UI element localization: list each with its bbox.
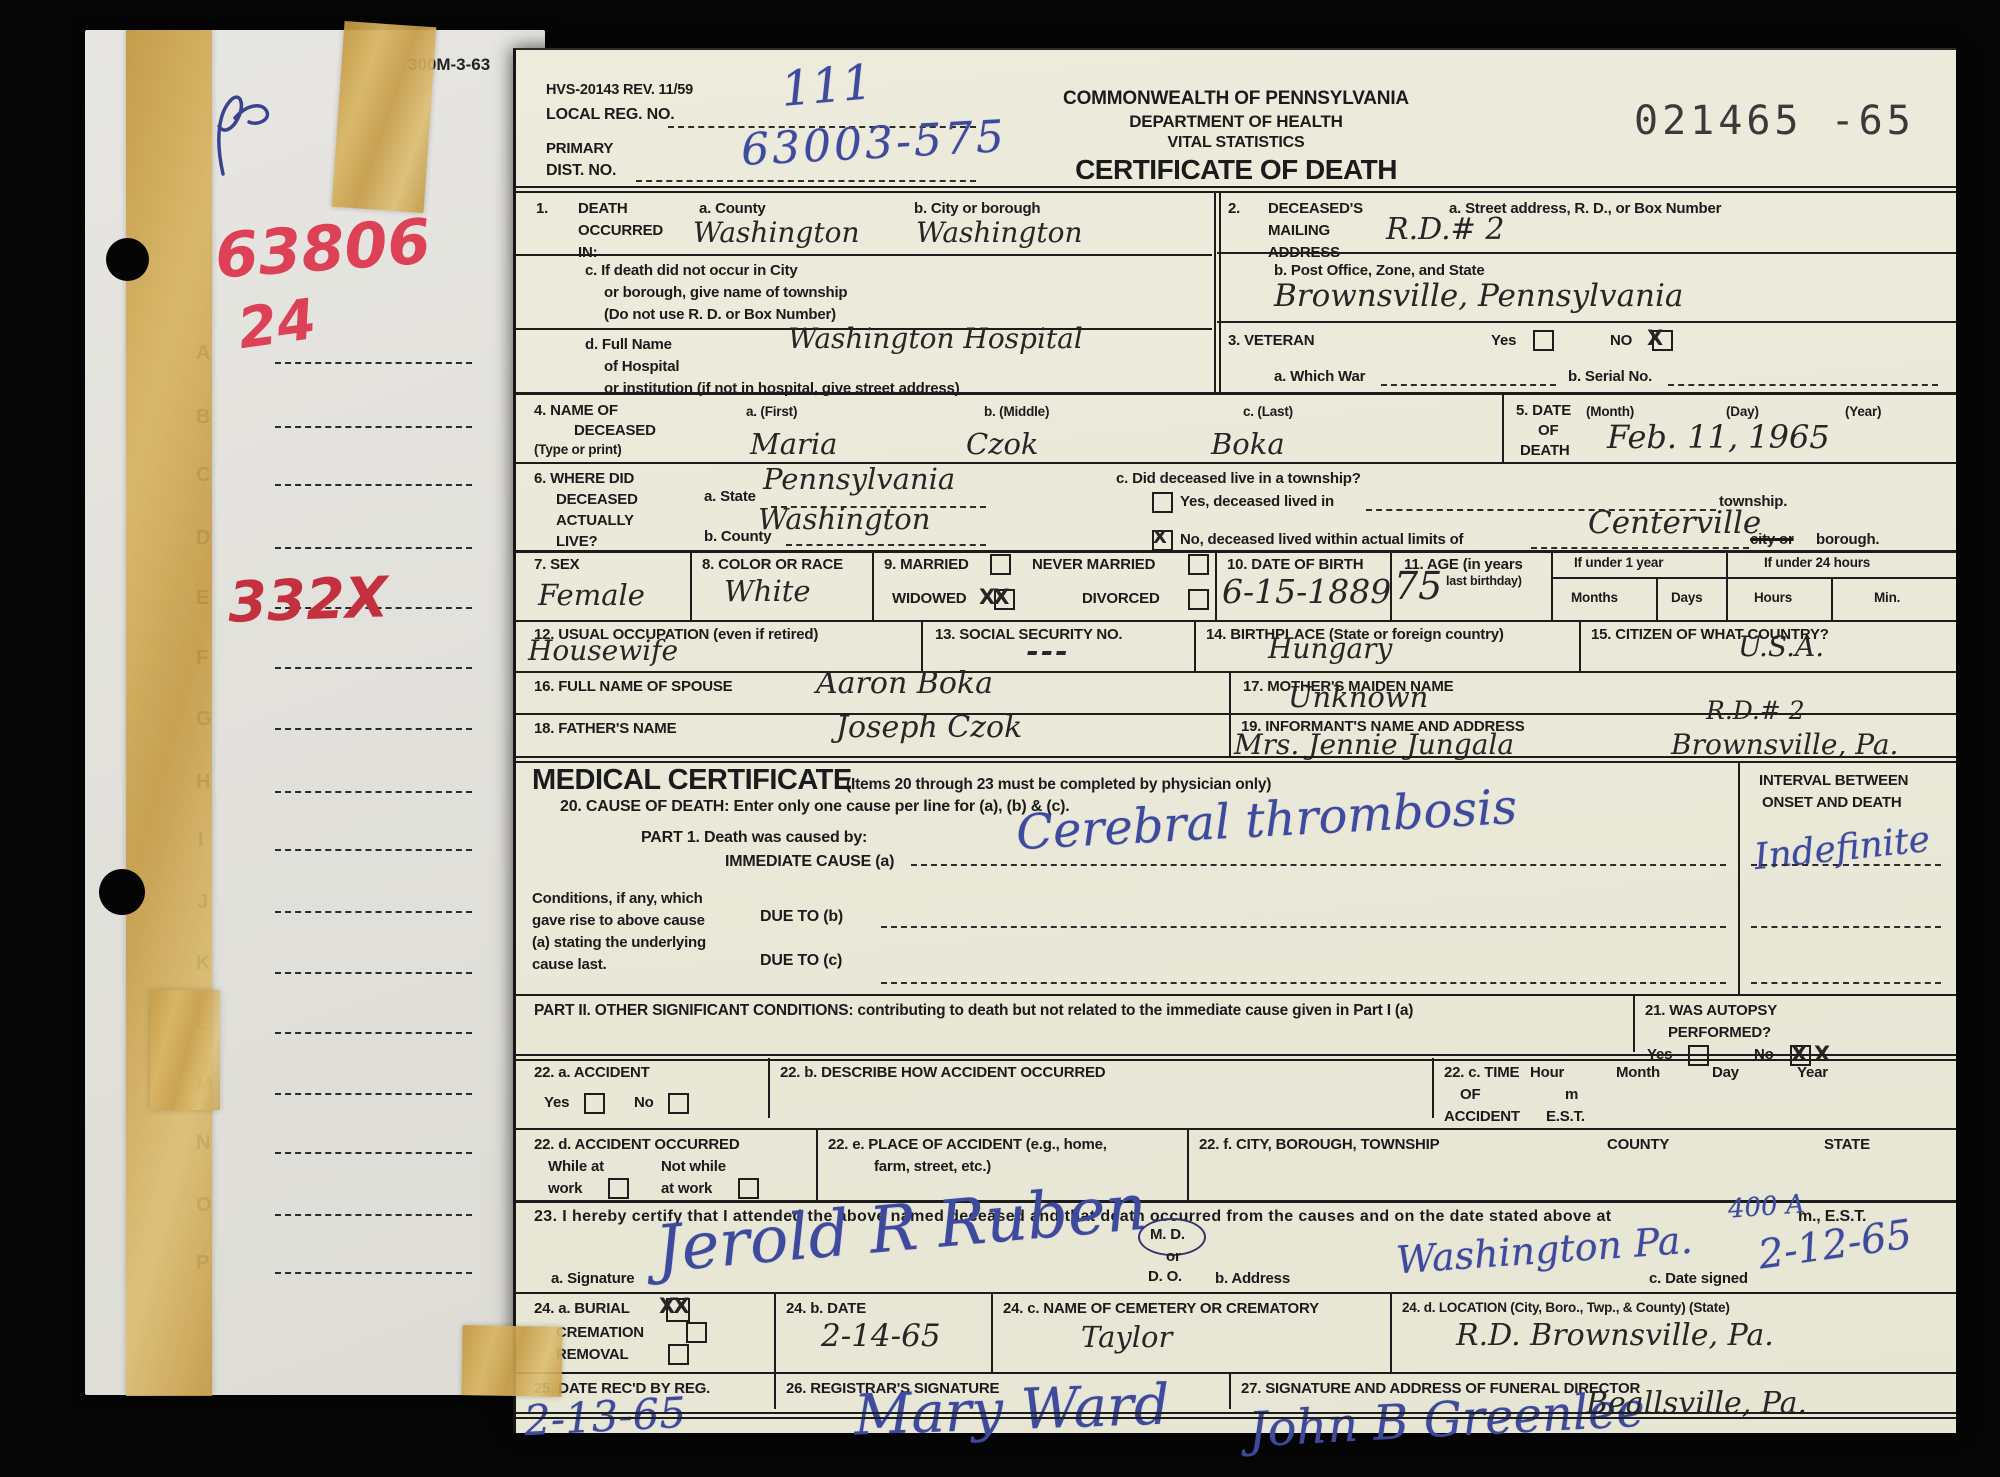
hole-punch <box>99 869 145 915</box>
s3-war-label: a. Which War <box>1274 368 1365 385</box>
while-at-work-checkbox <box>608 1178 629 1199</box>
divider <box>1432 1058 1434 1118</box>
margin-rule <box>275 849 472 851</box>
s2-num: 2. <box>1228 200 1240 217</box>
scanned-death-certificate: 300M-3-63 A B C D E F G H I J K L M N O … <box>0 0 2000 1477</box>
s4c-label: c. (Last) <box>1243 404 1293 419</box>
s22a-yes-label: Yes <box>544 1094 569 1111</box>
divider <box>1214 192 1221 392</box>
s9-married-label: 9. MARRIED <box>884 556 969 573</box>
s23-md-label: M. D. <box>1150 1226 1185 1243</box>
physician-signature: Jerold R Ruben <box>653 1171 1150 1288</box>
commonwealth-title: COMMONWEALTH OF PENNSYLVANIA <box>1021 88 1451 110</box>
s8-value: White <box>724 574 811 608</box>
s1a-value: Washington <box>693 216 860 249</box>
registrar-signature: Mary Ward <box>853 1373 1171 1449</box>
cause-a-line <box>911 864 1726 866</box>
divider <box>1831 577 1833 620</box>
s6-limits-value: Centerville <box>1588 505 1761 541</box>
s15-value: U.S.A. <box>1738 630 1824 663</box>
medical-title: MEDICAL CERTIFICATE <box>532 764 852 797</box>
immediate-cause-label: IMMEDIATE CAUSE (a) <box>725 853 894 871</box>
s6c-label: c. Did deceased live in a township? <box>1116 470 1361 487</box>
s3-yes-label: Yes <box>1491 332 1516 349</box>
medical-subtitle: (Items 20 through 23 must be completed b… <box>846 776 1271 794</box>
s10-value: 6-15-1889 <box>1222 572 1391 611</box>
divorced-checkbox <box>1188 589 1209 610</box>
s2a-value: R.D.# 2 <box>1386 212 1504 247</box>
s16-value: Aaron Boka <box>816 666 993 701</box>
divider <box>516 671 1956 673</box>
burial-mark: XX <box>659 1294 687 1318</box>
margin-rule <box>275 547 472 549</box>
divider <box>1551 550 1553 620</box>
primary-dist-value: 63003-575 <box>740 111 1008 176</box>
hole-punch <box>106 238 149 281</box>
s1c-label: c. If death did not occur in City <box>585 262 798 279</box>
divider <box>516 1128 1956 1130</box>
s22f-county-label: COUNTY <box>1607 1136 1669 1153</box>
primary-label: PRIMARY <box>546 140 613 157</box>
certificate-title: CERTIFICATE OF DEATH <box>1021 154 1451 186</box>
s9-widowed-label: WIDOWED <box>892 590 966 607</box>
s1d-value: Washington Hospital <box>788 322 1083 355</box>
interval-label: INTERVAL BETWEEN <box>1759 772 1908 789</box>
margin-rule <box>275 791 472 793</box>
s6-struck-text: city or <box>1750 531 1794 548</box>
s24c-value: Taylor <box>1081 1320 1172 1354</box>
s21-label: 21. WAS AUTOPSY <box>1645 1002 1777 1019</box>
s9-never-label: NEVER MARRIED <box>1032 556 1155 573</box>
divider <box>516 550 1956 553</box>
township-no-mark: X <box>1153 527 1167 548</box>
divider <box>516 392 1956 395</box>
s6-yes-text: Yes, deceased lived in <box>1180 493 1334 510</box>
s16-label: 16. FULL NAME OF SPOUSE <box>534 678 733 695</box>
s4b-label: b. (Middle) <box>984 404 1049 419</box>
divider <box>516 756 1956 763</box>
s6-state-value: Pennsylvania <box>763 462 955 496</box>
s2b-label: b. Post Office, Zone, and State <box>1274 262 1485 279</box>
certificate-form: HVS-20143 REV. 11/59 LOCAL REG. NO. 111 … <box>513 48 1956 1433</box>
s23-signature-label: a. Signature <box>551 1270 634 1287</box>
divider <box>1215 550 1217 620</box>
s22c-label: 22. c. TIME <box>1444 1064 1519 1081</box>
s1b-label: b. City or borough <box>914 200 1040 217</box>
margin-rule <box>275 1152 472 1154</box>
s11-months-label: Months <box>1571 590 1618 605</box>
limits-line <box>1531 547 1749 549</box>
s24-cremation-label: CREMATION <box>556 1324 644 1341</box>
tape-strip-left <box>126 30 212 1396</box>
s22c-year-label: Year <box>1797 1064 1828 1081</box>
conditions-label: cause last. <box>532 956 607 973</box>
divider <box>1390 550 1392 620</box>
s1-label: DEATH <box>578 200 628 217</box>
s2-label: DECEASED'S <box>1268 200 1363 217</box>
divider <box>774 1372 776 1409</box>
s13-value: --- <box>1026 634 1069 669</box>
margin-rule <box>275 1272 472 1274</box>
part1-label: PART 1. Death was caused by: <box>641 829 867 847</box>
divider <box>991 1292 993 1372</box>
s24-removal-label: REMOVAL <box>556 1346 629 1363</box>
s5-label: 5. DATE <box>1516 402 1571 419</box>
interval-b-line <box>1751 926 1941 928</box>
s20-label: 20. CAUSE OF DEATH: Enter only one cause… <box>560 798 1070 816</box>
township-yes-checkbox <box>1152 492 1173 513</box>
s21-label2: PERFORMED? <box>1668 1024 1771 1041</box>
local-reg-label: LOCAL REG. NO. <box>546 106 674 124</box>
s5-label: DEATH <box>1520 442 1570 459</box>
s24d-label: 24. d. LOCATION (City, Boro., Twp., & Co… <box>1402 1300 1730 1315</box>
interval-label2: ONSET AND DEATH <box>1762 794 1902 811</box>
header-rule <box>516 186 1956 193</box>
s23-or-label: or <box>1166 1248 1181 1265</box>
divider <box>516 1412 1956 1419</box>
due-c-line <box>881 982 1726 984</box>
s5-day-label: (Day) <box>1726 404 1759 419</box>
tape-strip-mid <box>150 990 220 1110</box>
s4-label: (Type or print) <box>534 442 622 457</box>
s18-value: Joseph Czok <box>836 710 1022 745</box>
accident-no-checkbox <box>668 1093 689 1114</box>
s5-year-label: (Year) <box>1845 404 1881 419</box>
s17-value: Unknown <box>1288 680 1428 714</box>
dist-no-line <box>636 180 976 182</box>
s11-value: 75 <box>1394 564 1442 608</box>
margin-rule <box>275 1032 472 1034</box>
s24c-label: 24. c. NAME OF CEMETERY OR CREMATORY <box>1003 1300 1319 1317</box>
divider <box>1229 1372 1231 1409</box>
red-annotation-code: 332X <box>227 565 389 636</box>
s24b-value: 2-14-65 <box>821 1318 941 1354</box>
s10-label: 10. DATE OF BIRTH <box>1227 556 1363 573</box>
margin-rule <box>275 972 472 974</box>
interval-value: Indefinite <box>1752 819 1932 878</box>
divider <box>768 1058 770 1118</box>
s22d-notwhile-label: Not while <box>661 1158 726 1175</box>
divider <box>516 1054 1956 1061</box>
s22c-month-label: Month <box>1616 1064 1660 1081</box>
s22c-hour-label: Hour <box>1530 1064 1564 1081</box>
divider <box>1726 550 1728 620</box>
s1-label: IN: <box>578 244 597 261</box>
s22a-no-label: No <box>634 1094 654 1111</box>
s6-label: LIVE? <box>556 533 598 550</box>
s23-address-label: b. Address <box>1215 1270 1290 1287</box>
divider <box>1656 577 1658 620</box>
divider <box>516 620 1956 622</box>
s1-label: OCCURRED <box>578 222 663 239</box>
war-line <box>1381 384 1556 386</box>
margin-rule <box>275 426 472 428</box>
s6-borough-text: borough. <box>1816 531 1879 548</box>
s22b-label: 22. b. DESCRIBE HOW ACCIDENT OCCURRED <box>780 1064 1105 1081</box>
s23-date-value: 2-12-65 <box>1756 1211 1915 1278</box>
s4-middle-value: Czok <box>966 427 1039 461</box>
s11-under1-label: If under 1 year <box>1574 555 1663 570</box>
veteran-no-mark: X <box>1647 326 1663 350</box>
county-line <box>786 544 986 546</box>
widowed-mark: XX <box>979 585 1007 609</box>
divider <box>516 462 1956 464</box>
margin-rule <box>275 1093 472 1095</box>
never-married-checkbox <box>1188 554 1209 575</box>
s22f-label: 22. f. CITY, BOROUGH, TOWNSHIP <box>1199 1136 1439 1153</box>
s2b-value: Brownsville, Pennsylvania <box>1274 278 1683 314</box>
s1b-value: Washington <box>916 216 1083 249</box>
s6-label: ACTUALLY <box>556 512 634 529</box>
s7-value: Female <box>538 578 645 612</box>
divider <box>1738 762 1740 994</box>
interval-c-line <box>1751 982 1941 984</box>
s18-label: 18. FATHER'S NAME <box>534 720 676 737</box>
s2-label: MAILING <box>1268 222 1330 239</box>
s6-label: DECEASED <box>556 491 638 508</box>
s8-label: 8. COLOR OR RACE <box>702 556 843 573</box>
divider <box>1217 321 1956 323</box>
certificate-stamp-number: 021465 -65 <box>1634 98 1915 144</box>
s22d-atwork-label: at work <box>661 1180 712 1197</box>
divider <box>516 1372 1956 1374</box>
s23-time-value: 400 A <box>1727 1189 1806 1224</box>
s11-min-label: Min. <box>1874 590 1900 605</box>
margin-rule <box>275 911 472 913</box>
s4-last-value: Boka <box>1211 427 1285 461</box>
margin-rule <box>275 667 472 669</box>
s1a-label: a. County <box>699 200 766 217</box>
s22e-label: 22. e. PLACE OF ACCIDENT (e.g., home, <box>828 1136 1107 1153</box>
interval-a-line <box>1751 864 1941 866</box>
tape-strip-top <box>332 21 437 213</box>
divider <box>816 1128 818 1200</box>
s22d-label: 22. d. ACCIDENT OCCURRED <box>534 1136 740 1153</box>
s3-label: 3. VETERAN <box>1228 332 1314 349</box>
s6-no-text: No, deceased lived within actual limits … <box>1180 531 1463 548</box>
divider <box>516 994 1956 996</box>
s12-value: Housewife <box>528 634 678 667</box>
department-title: DEPARTMENT OF HEALTH <box>1021 112 1451 132</box>
local-reg-value: 111 <box>779 54 875 118</box>
s5-label: OF <box>1538 422 1558 439</box>
s22c-est-label: E.S.T. <box>1546 1108 1585 1125</box>
s11-under24-label: If under 24 hours <box>1764 555 1870 570</box>
s24-burial-label: 24. a. BURIAL <box>534 1300 630 1317</box>
margin-rule <box>275 1214 472 1216</box>
s6-label: 6. WHERE DID <box>534 470 634 487</box>
divider <box>690 550 692 620</box>
conditions-label: gave rise to above cause <box>532 912 705 929</box>
s1-num: 1. <box>536 200 548 217</box>
red-annotation-number: 24 <box>234 287 320 362</box>
s22c-m-label: m <box>1565 1086 1578 1103</box>
s1c-label: or borough, give name of township <box>604 284 847 301</box>
not-while-at-work-checkbox <box>738 1178 759 1199</box>
s1c-label: (Do not use R. D. or Box Number) <box>604 306 836 323</box>
s14-value: Hungary <box>1268 632 1392 665</box>
dist-no-label: DIST. NO. <box>546 162 616 180</box>
s1d-label: d. Full Name <box>585 336 672 353</box>
s23-date-label: c. Date signed <box>1649 1270 1748 1287</box>
divider <box>1551 577 1956 579</box>
divider <box>516 254 1212 256</box>
form-number: HVS-20143 REV. 11/59 <box>546 82 693 98</box>
s6-county-value: Washington <box>758 502 930 536</box>
accident-yes-checkbox <box>584 1093 605 1114</box>
divider <box>1194 620 1196 671</box>
due-b-line <box>881 926 1726 928</box>
s4a-label: a. (First) <box>746 404 797 419</box>
divider <box>1390 1292 1392 1372</box>
s24d-value: R.D. Brownsville, Pa. <box>1456 1318 1774 1353</box>
removal-checkbox <box>668 1344 689 1365</box>
divider <box>516 1292 1956 1294</box>
divider <box>1633 994 1635 1052</box>
s7-label: 7. SEX <box>534 556 580 573</box>
s23-do-label: D. O. <box>1148 1268 1182 1285</box>
veteran-yes-checkbox <box>1533 330 1554 351</box>
married-checkbox <box>990 554 1011 575</box>
cremation-checkbox <box>686 1322 707 1343</box>
s11-hours-label: Hours <box>1754 590 1792 605</box>
due-to-b-label: DUE TO (b) <box>760 908 843 926</box>
s22a-label: 22. a. ACCIDENT <box>534 1064 650 1081</box>
s11-days-label: Days <box>1671 590 1702 605</box>
serial-line <box>1668 384 1938 386</box>
divider <box>921 620 923 671</box>
conditions-label: (a) stating the underlying <box>532 934 706 951</box>
divider <box>774 1292 776 1372</box>
s5-month-label: (Month) <box>1586 404 1634 419</box>
conditions-label: Conditions, if any, which <box>532 890 703 907</box>
s22d-work-label: work <box>548 1180 582 1197</box>
s9-divorced-label: DIVORCED <box>1082 590 1160 607</box>
s3-no-label: NO <box>1610 332 1632 349</box>
s22c-accident-label: ACCIDENT <box>1444 1108 1520 1125</box>
s4-label: DECEASED <box>574 422 656 439</box>
s5-value: Feb. 11, 1965 <box>1607 418 1830 456</box>
s22d-while-label: While at <box>548 1158 604 1175</box>
divider <box>1579 620 1581 671</box>
margin-rule <box>275 362 472 364</box>
part2-label: PART II. OTHER SIGNIFICANT CONDITIONS: c… <box>534 1002 1413 1020</box>
s22c-of-label: OF <box>1460 1086 1480 1103</box>
s11-label2: last birthday) <box>1446 574 1522 588</box>
divider <box>1187 1128 1189 1200</box>
divider <box>1217 252 1956 254</box>
ink-scribble-icon <box>205 78 275 188</box>
s4-first-value: Maria <box>750 427 837 461</box>
s22e-label2: farm, street, etc.) <box>874 1158 991 1175</box>
red-annotation-file-number: 63806 <box>213 205 433 293</box>
s22c-day-label: Day <box>1712 1064 1739 1081</box>
divider <box>1502 392 1504 462</box>
divider <box>872 550 874 620</box>
s24b-label: 24. b. DATE <box>786 1300 866 1317</box>
s4-label: 4. NAME OF <box>534 402 618 419</box>
tape-strip-bottom <box>461 1325 562 1397</box>
s3-serial-label: b. Serial No. <box>1568 368 1652 385</box>
vital-statistics-title: VITAL STATISTICS <box>1021 134 1451 152</box>
margin-rule <box>275 484 472 486</box>
margin-rule <box>275 728 472 730</box>
s19-addr1-value: R.D.# 2 <box>1706 696 1805 725</box>
s1d-label: of Hospital <box>604 358 679 375</box>
s22f-state-label: STATE <box>1824 1136 1870 1153</box>
due-to-c-label: DUE TO (c) <box>760 952 842 970</box>
s6-state-label: a. State <box>704 488 756 505</box>
